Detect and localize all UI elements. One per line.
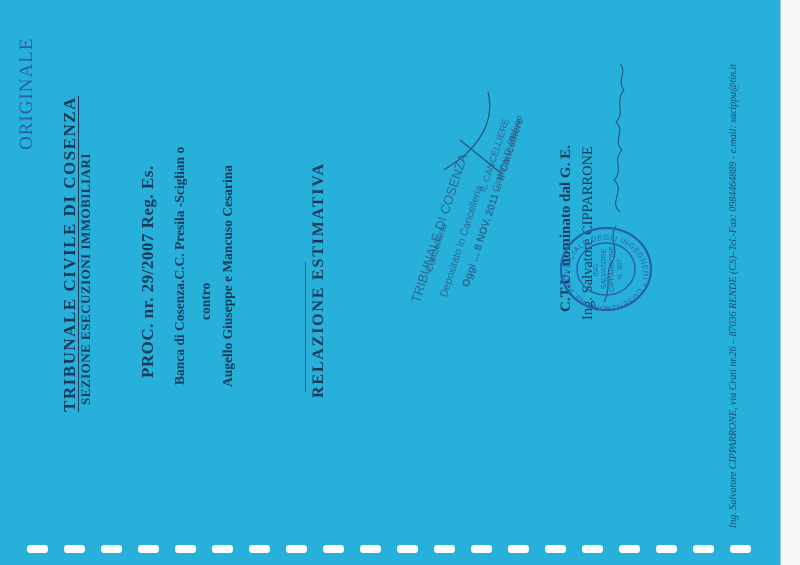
engineers-order-seal: ING. SALVATORE CIPPARRONE N. 307 ORDINE … bbox=[558, 225, 654, 313]
footer-contact: Ing. Salvatore CIPPARRONE, via Crati nr.… bbox=[728, 64, 739, 528]
defendants: Augello Giuseppe e Mancuso Cesarina bbox=[220, 165, 236, 387]
page-edge bbox=[780, 0, 800, 565]
proceeding-number: PROC. nr. 29/2007 Reg. Es. bbox=[138, 165, 158, 378]
binder-hole bbox=[582, 545, 603, 553]
document-page bbox=[0, 0, 780, 565]
binder-hole bbox=[360, 545, 381, 553]
seal-text: ING. bbox=[593, 262, 600, 276]
binder-hole bbox=[249, 545, 270, 553]
plaintiff: Banca di Cosenza.C.C. Presila -Sciglian … bbox=[172, 147, 188, 385]
clerk-signature bbox=[440, 90, 510, 180]
seal-text: N. 307 bbox=[617, 259, 624, 280]
court-section: SEZIONE ESECUZIONI IMMOBILIARI bbox=[78, 153, 94, 405]
title-rule bbox=[305, 262, 306, 392]
binder-hole bbox=[138, 545, 159, 553]
binder-hole bbox=[434, 545, 455, 553]
report-title: RELAZIONE ESTIMATIVA bbox=[310, 162, 328, 398]
court-title: TRIBUNALE CIVILE DI COSENZA bbox=[60, 96, 80, 412]
binder-holes bbox=[27, 545, 751, 553]
binder-hole bbox=[508, 545, 529, 553]
binder-hole bbox=[693, 545, 714, 553]
seal-text: CIPPARRONE bbox=[609, 246, 616, 292]
binder-hole bbox=[656, 545, 677, 553]
binder-hole bbox=[323, 545, 344, 553]
binder-hole bbox=[545, 545, 566, 553]
binder-hole bbox=[471, 545, 492, 553]
seal-text: SALVATORE bbox=[601, 249, 608, 290]
binder-hole bbox=[619, 545, 640, 553]
binder-hole bbox=[212, 545, 233, 553]
binder-hole bbox=[286, 545, 307, 553]
binder-hole bbox=[175, 545, 196, 553]
binder-hole bbox=[101, 545, 122, 553]
binder-hole bbox=[397, 545, 418, 553]
binder-hole bbox=[730, 545, 751, 553]
binder-hole bbox=[27, 545, 48, 553]
binder-hole bbox=[64, 545, 85, 553]
watermark-originale: ORIGINALE bbox=[16, 38, 38, 150]
versus: contro bbox=[198, 283, 214, 320]
